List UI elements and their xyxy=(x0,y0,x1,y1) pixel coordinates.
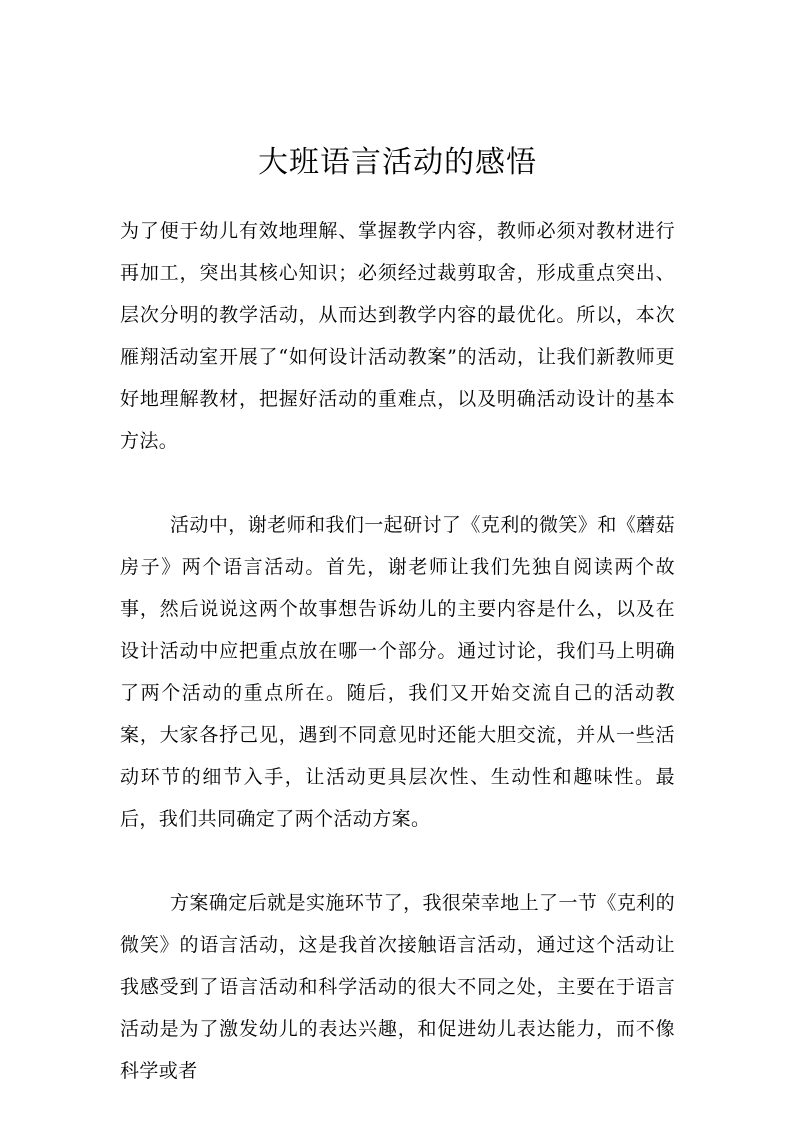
paragraph-intro: 为了便于幼儿有效地理解、掌握教学内容，教师必须对教材进行再加工，突出其核心知识；… xyxy=(120,210,675,462)
paragraph-implementation: 方案确定后就是实施环节了，我很荣幸地上了一节《克利的微笑》的语言活动，这是我首次… xyxy=(120,882,675,1092)
paragraph-activity-discussion: 活动中，谢老师和我们一起研讨了《克利的微笑》和《蘑菇房子》两个语言活动。首先，谢… xyxy=(120,504,675,840)
document-page: 大班语言活动的感悟 为了便于幼儿有效地理解、掌握教学内容，教师必须对教材进行再加… xyxy=(0,0,794,1123)
document-title: 大班语言活动的感悟 xyxy=(120,142,675,184)
